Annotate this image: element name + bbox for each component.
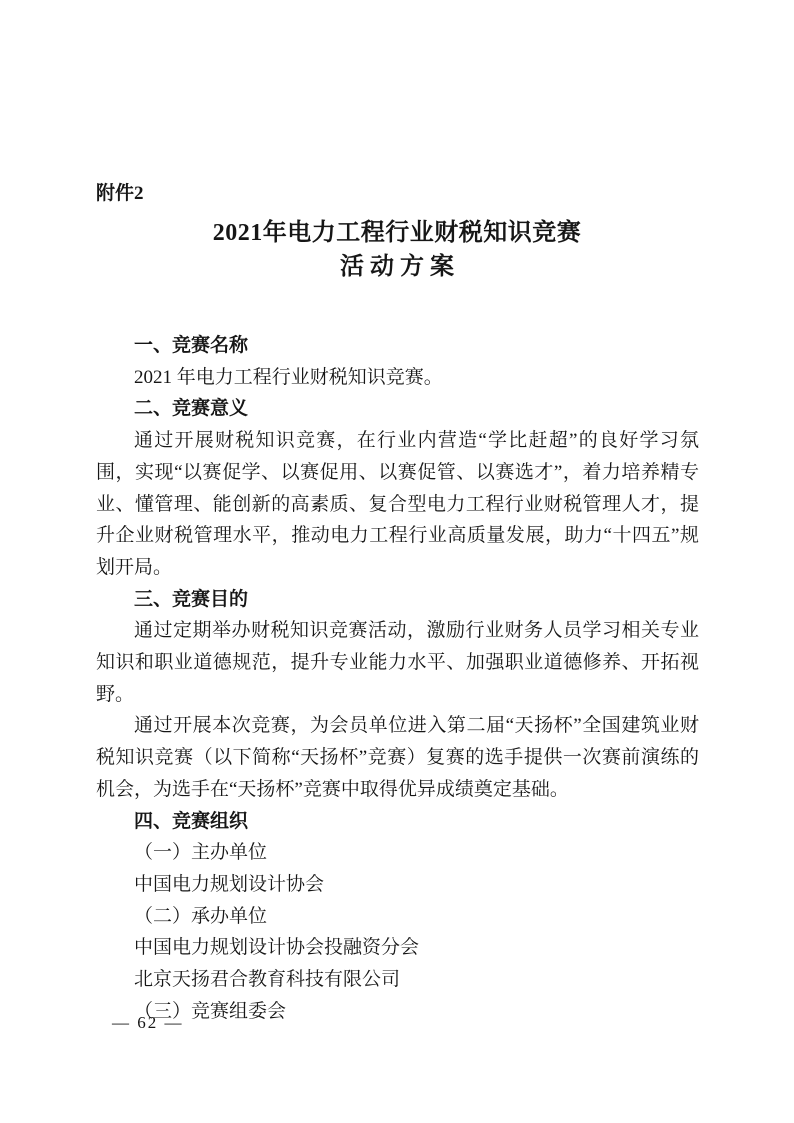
page-number: — 62 — bbox=[112, 1014, 184, 1033]
org-line-host-unit: 中国电力规划设计协会 bbox=[96, 869, 699, 901]
org-line-organizer-1: 中国电力规划设计协会投融资分会 bbox=[96, 932, 699, 964]
document-page: 附件2 2021年电力工程行业财税知识竞赛 活动方案 一、竞赛名称 2021 年… bbox=[0, 0, 794, 1123]
section-heading-competition-name: 一、竞赛名称 bbox=[96, 330, 699, 362]
paragraph-purpose-2: 通过开展本次竞赛，为会员单位进入第二届“天扬杯”全国建筑业财税知识竞赛（以下简称… bbox=[96, 710, 699, 805]
section-heading-competition-organization: 四、竞赛组织 bbox=[96, 806, 699, 838]
section-heading-competition-significance: 二、竞赛意义 bbox=[96, 393, 699, 425]
paragraph-significance: 通过开展财税知识竞赛，在行业内营造“学比赶超”的良好学习氛围，实现“以赛促学、以… bbox=[96, 425, 699, 584]
subitem-organizing-committee-label: （三）竞赛组委会 bbox=[96, 996, 699, 1028]
subitem-organizer-unit-label: （二）承办单位 bbox=[96, 901, 699, 933]
document-title-line-2: 活动方案 bbox=[0, 255, 794, 280]
paragraph-competition-name: 2021 年电力工程行业财税知识竞赛。 bbox=[96, 362, 699, 394]
paragraph-purpose-1: 通过定期举办财税知识竞赛活动，激励行业财务人员学习相关专业知识和职业道德规范，提… bbox=[96, 615, 699, 710]
document-title-line-1: 2021年电力工程行业财税知识竞赛 bbox=[0, 221, 794, 246]
section-heading-competition-purpose: 三、竞赛目的 bbox=[96, 584, 699, 616]
document-title: 2021年电力工程行业财税知识竞赛 活动方案 bbox=[0, 221, 794, 280]
attachment-label: 附件2 bbox=[96, 184, 144, 205]
org-line-organizer-2: 北京天扬君合教育科技有限公司 bbox=[96, 964, 699, 996]
subitem-host-unit-label: （一）主办单位 bbox=[96, 837, 699, 869]
document-body: 一、竞赛名称 2021 年电力工程行业财税知识竞赛。 二、竞赛意义 通过开展财税… bbox=[96, 330, 699, 1027]
